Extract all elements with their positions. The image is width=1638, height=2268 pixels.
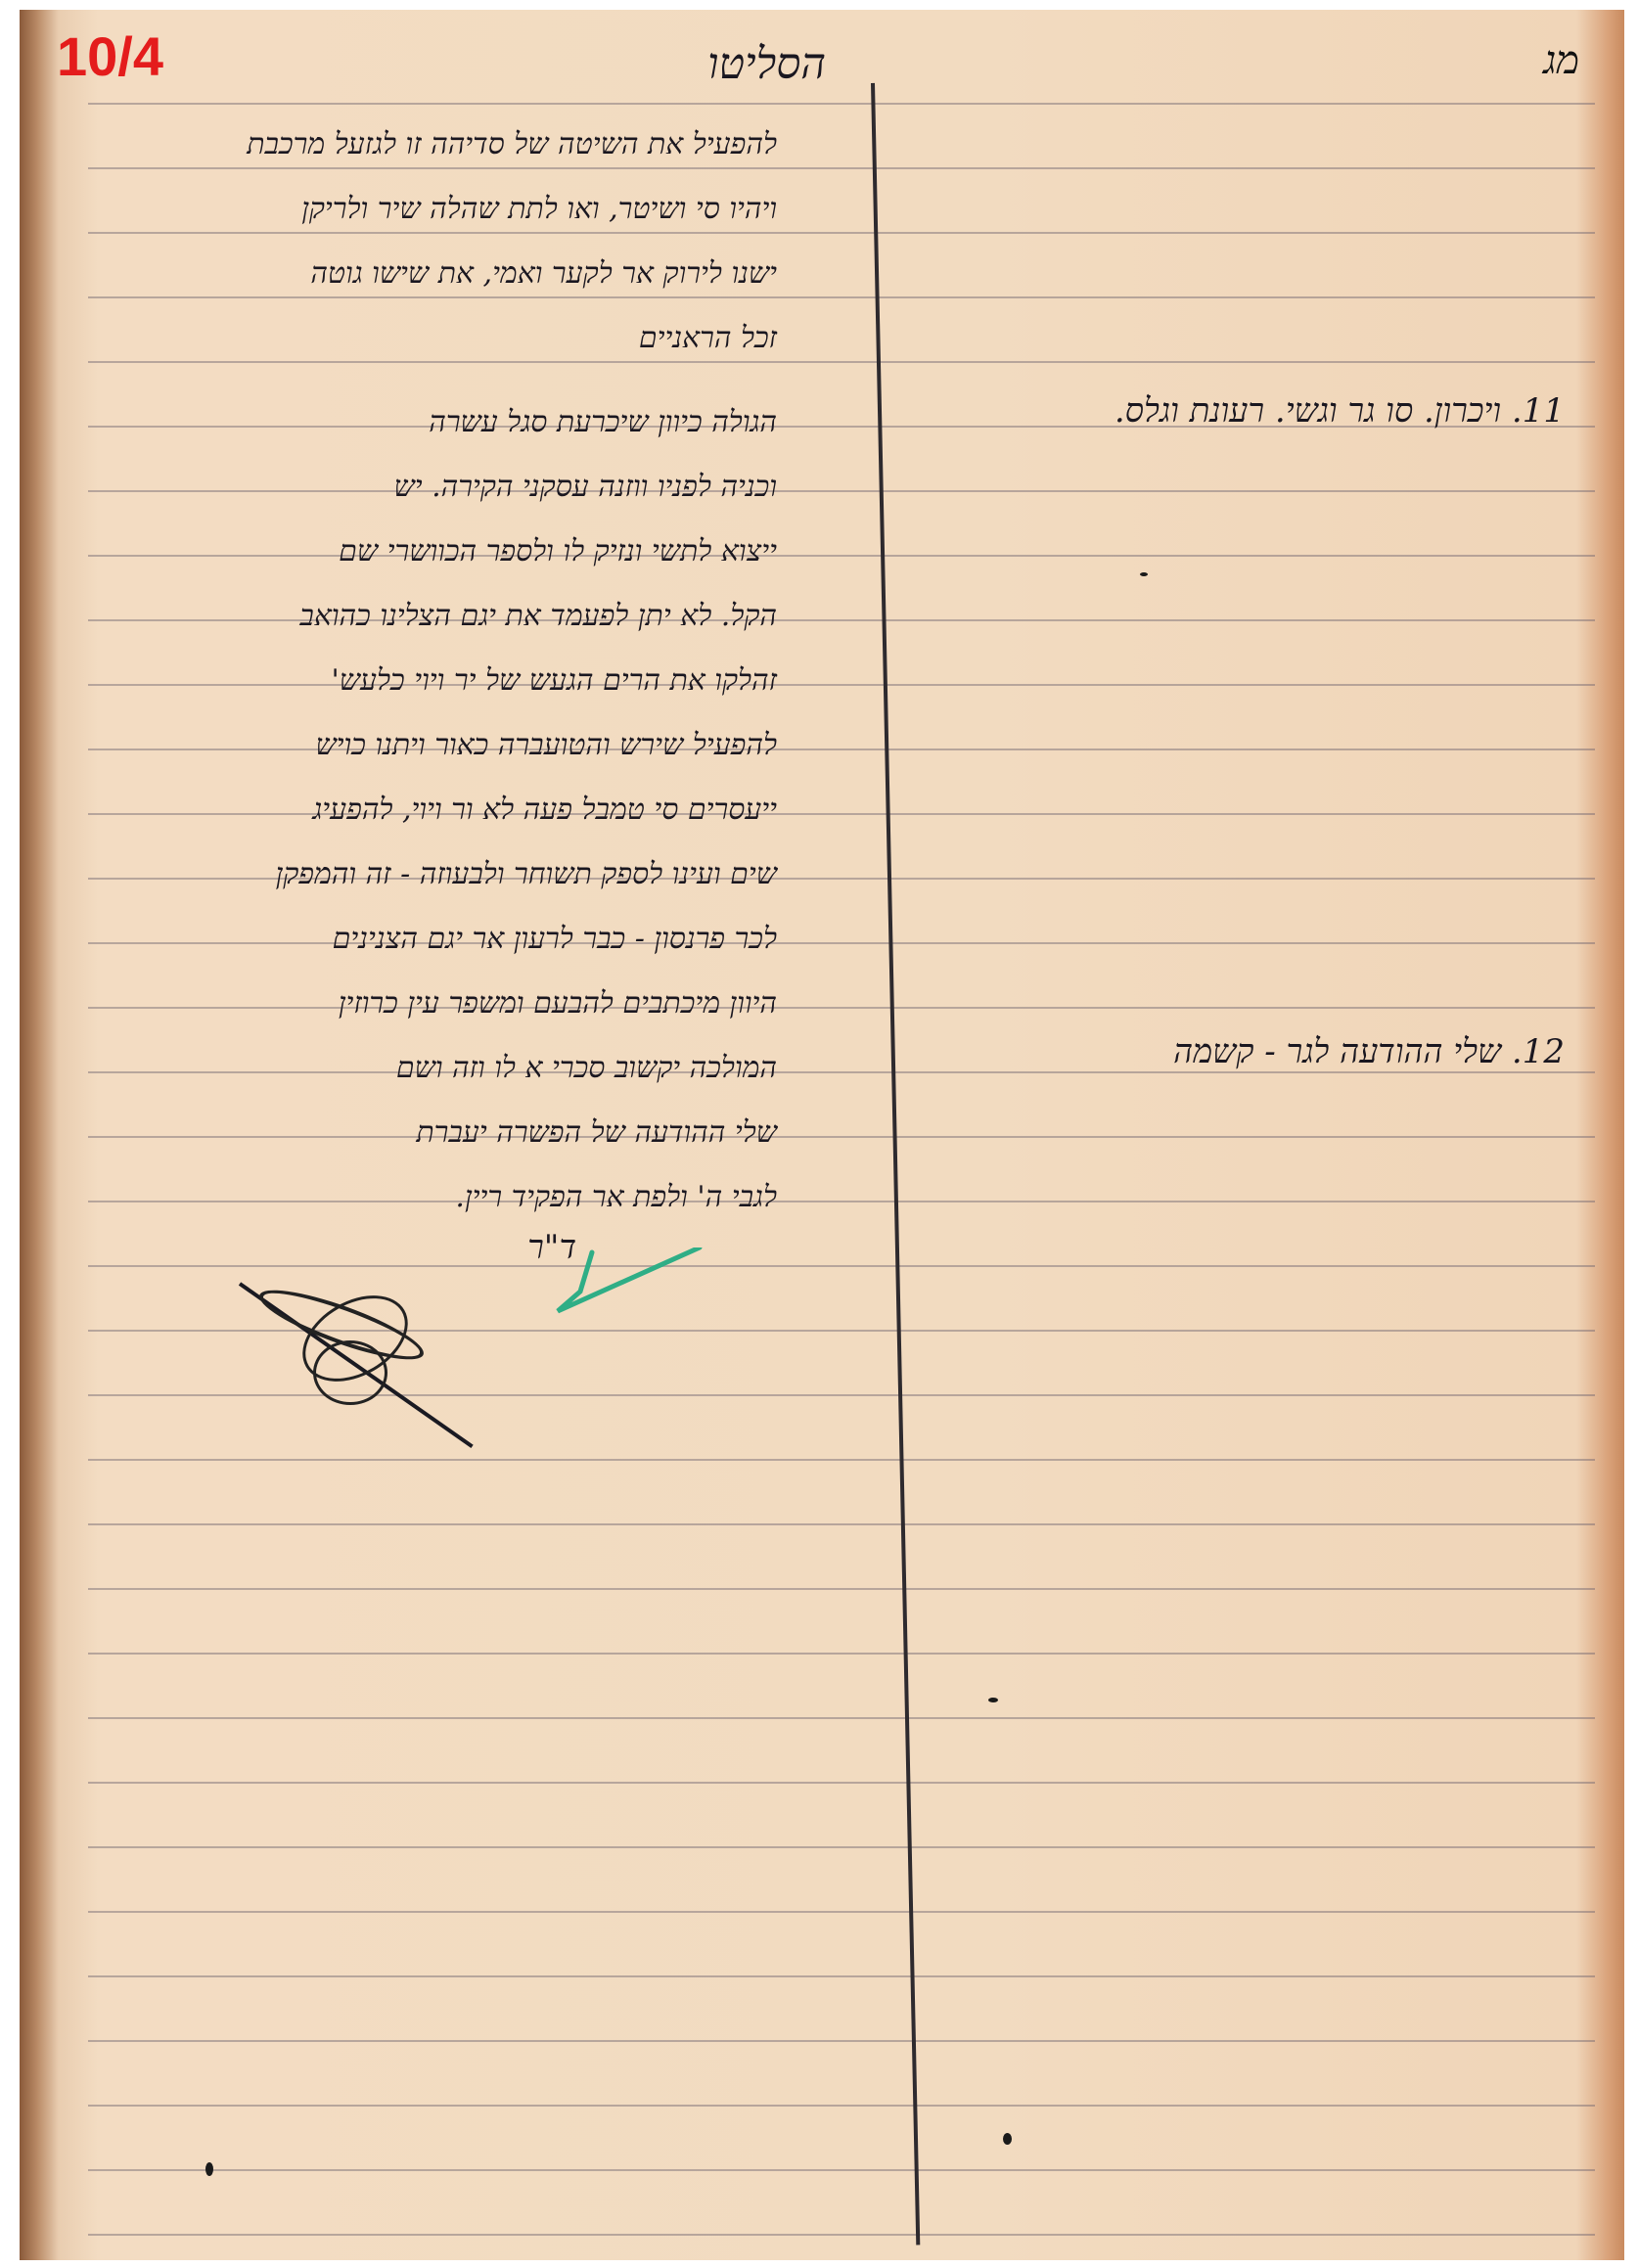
ruled-line bbox=[88, 1071, 1595, 1073]
ruled-line bbox=[88, 1717, 1595, 1719]
ruled-line bbox=[88, 490, 1595, 492]
handwritten-line: לגבי ה' ולפת אר הפקיד ריין. bbox=[455, 1180, 777, 1214]
handwritten-line: ויהיו סי ושיטר, ואו לתת שהלה שיר ולריקן bbox=[301, 192, 777, 226]
ruled-line bbox=[88, 555, 1595, 557]
ruled-line bbox=[88, 1588, 1595, 1590]
handwritten-line: ישנו לירוק אר לקער ואמי, את שישו גוטה bbox=[310, 256, 777, 291]
ink-spot bbox=[988, 1698, 998, 1702]
ruled-line bbox=[88, 232, 1595, 234]
notebook-page bbox=[20, 10, 1624, 2260]
ruled-line bbox=[88, 1265, 1595, 1267]
ruled-line bbox=[88, 684, 1595, 686]
entry-12: 12. שלי ההודעה לגר - קשמה bbox=[1173, 1032, 1565, 1071]
handwritten-line: הגולה כיוון שיכרעת סגל עשרה bbox=[429, 405, 777, 439]
ruled-line bbox=[88, 748, 1595, 750]
handwritten-line: זהלקו את הרים הגעש של יר ויוי כלעש' bbox=[332, 663, 777, 698]
handwritten-line: לכר פרנסון - כבר לרעון אר יגם הצנינים bbox=[333, 922, 777, 956]
entry-11: 11. ויכרון. סו גר וגשי. רעונת וגלס. bbox=[1115, 391, 1565, 431]
ruled-line bbox=[88, 1459, 1595, 1461]
ruled-line bbox=[88, 1201, 1595, 1202]
handwritten-line: וכניה לפניו ווזנה עסקני הקירה. יש bbox=[394, 470, 778, 504]
column-divider bbox=[871, 83, 920, 2245]
ruled-line bbox=[88, 2040, 1595, 2042]
ruled-line bbox=[88, 2234, 1595, 2236]
ruled-line bbox=[88, 942, 1595, 944]
ruled-line bbox=[88, 1846, 1595, 1848]
ruled-line bbox=[88, 1136, 1595, 1138]
handwritten-line: ייצוא לתשי ונזיק לו ולספר הכוושרי שם bbox=[339, 534, 777, 568]
ruled-line bbox=[88, 1975, 1595, 1977]
handwritten-line: הקל. לא יתן לפעמד את יגם הצלינו כהואב bbox=[299, 599, 777, 633]
ruled-line bbox=[88, 1007, 1595, 1009]
ruled-line bbox=[88, 1911, 1595, 1913]
handwritten-line: להפעיל את השיטה של סדיהה זו לגזעל מרכבת bbox=[247, 127, 777, 161]
handwritten-line: שים ועינו לספק תשוחר ולבעוזה - זה והמפקן bbox=[276, 857, 777, 891]
ruled-line bbox=[88, 103, 1595, 105]
ruled-line bbox=[88, 167, 1595, 169]
entry-number: 11. bbox=[1512, 391, 1565, 431]
left-column-heading: הסליטו bbox=[707, 39, 826, 89]
page-number-mark: מג bbox=[1543, 37, 1579, 83]
ruled-line bbox=[88, 1782, 1595, 1784]
entry-text: ויכרון. סו גר וגשי. רעונת וגלס. bbox=[1115, 391, 1501, 431]
ink-spot bbox=[1140, 572, 1148, 576]
ink-spot bbox=[205, 2162, 213, 2176]
ruled-line bbox=[88, 296, 1595, 298]
green-check-mark-icon bbox=[533, 1247, 709, 1316]
handwritten-line: זכל הראניים bbox=[639, 321, 777, 355]
ruled-line bbox=[88, 1653, 1595, 1655]
handwritten-line: להפעיל שירש והטועברה כאור ויתנו כויש bbox=[315, 728, 777, 762]
handwritten-line: היוון מיכתבים להבעם ומשפר עין כרוזין bbox=[339, 986, 777, 1021]
page-marker: 10/4 bbox=[57, 24, 163, 88]
entry-text: שלי ההודעה לגר - קשמה bbox=[1173, 1032, 1501, 1071]
ink-spot bbox=[1003, 2133, 1012, 2145]
ruled-line bbox=[88, 361, 1595, 363]
entry-number: 12. bbox=[1512, 1032, 1565, 1071]
ruled-line bbox=[88, 2169, 1595, 2171]
handwritten-line: ייעסרים סי טמבל פעה לא ור ויוי, להפעיג bbox=[312, 793, 777, 827]
handwritten-line: המולכה יקשוב סכרי א לו וזה ושם bbox=[396, 1051, 777, 1085]
ruled-line bbox=[88, 2105, 1595, 2107]
handwritten-line: שלי ההודעה של הפשרה יעברת bbox=[416, 1115, 777, 1150]
ruled-line bbox=[88, 1523, 1595, 1525]
ruled-line bbox=[88, 1394, 1595, 1396]
